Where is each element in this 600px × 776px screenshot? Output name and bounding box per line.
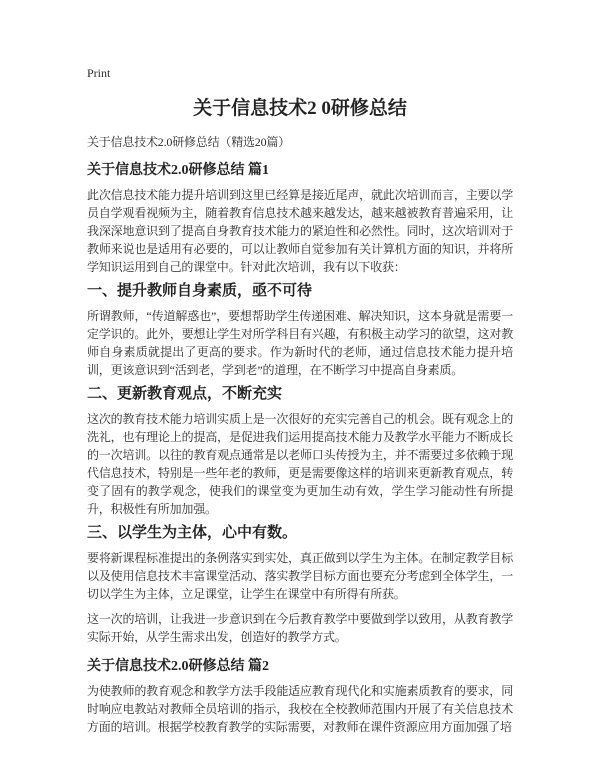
paragraph: 所谓教师，“传道解惑也”，要想帮助学生传递困难、解决知识，这本身就是需要一定学识… bbox=[87, 307, 513, 379]
print-button[interactable]: Print bbox=[87, 66, 110, 80]
section-heading-essay-1: 关于信息技术2.0研修总结 篇1 bbox=[87, 162, 513, 179]
document-title: 关于信息技术2 0研修总结 bbox=[87, 98, 513, 120]
sub-heading-2: 二、更新教育观点，不断充实 bbox=[87, 385, 513, 403]
sub-heading-3: 三、以学生为主体，心中有数。 bbox=[87, 524, 513, 542]
paragraph: 为使教师的教育观念和教学方法手段能适应教育现代化和实施素质教育的要求，同时响应电… bbox=[87, 682, 513, 736]
document-subtitle: 关于信息技术2.0研修总结（精选20篇） bbox=[87, 134, 513, 150]
paragraph: 这一次的培训，让我进一步意识到在今后教育教学中要做到学以致用，从教育教学实际开始… bbox=[87, 610, 513, 646]
paragraph: 此次信息技术能力提升培训到这里已经算是接近尾声，就此次培训而言，主要以学员自学观… bbox=[87, 186, 513, 276]
paragraph: 这次的教育技术能力培训实质上是一次很好的充实完善自己的机会。既有观念上的洗礼，也… bbox=[87, 410, 513, 518]
paragraph: 要将新课程标准提出的条例落实到实处，真正做到以学生为主体。在制定教学目标以及使用… bbox=[87, 549, 513, 603]
section-heading-essay-2: 关于信息技术2.0研修总结 篇2 bbox=[87, 658, 513, 675]
sub-heading-1: 一、提升教师自身素质，亟不可待 bbox=[87, 282, 513, 300]
document-page: Print 关于信息技术2 0研修总结 关于信息技术2.0研修总结（精选20篇）… bbox=[0, 0, 600, 776]
